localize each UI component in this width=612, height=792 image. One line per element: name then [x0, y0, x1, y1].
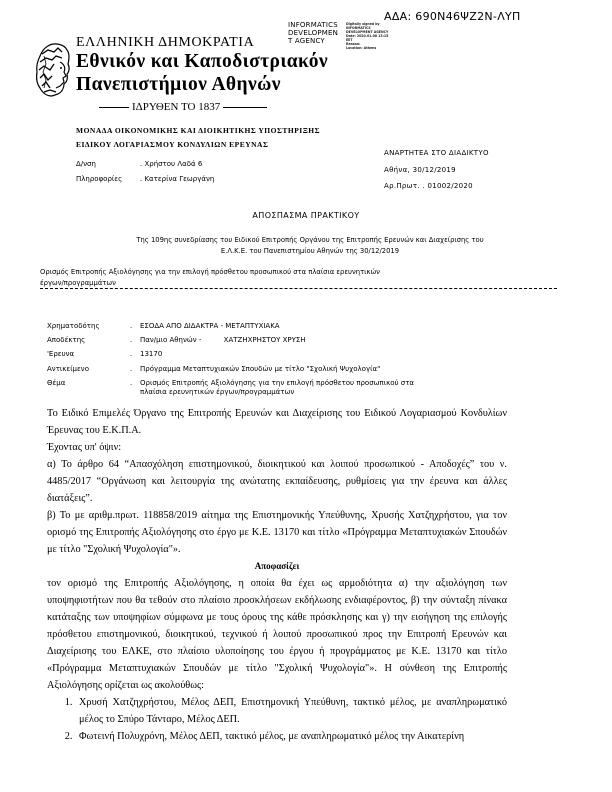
unit-heading: ΜΟΝΑΔΑ ΟΙΚΟΝΟΜΙΚΗΣ ΚΑΙ ΔΙΟΙΚΗΤΙΚΗΣ ΥΠΟΣΤ…	[76, 124, 320, 152]
ada-code: ΑΔΑ: 690Ν46ΨΖ2Ν-ΛΥΠ	[384, 10, 521, 23]
field-row: 'Ερευνα . 13170	[47, 347, 470, 361]
digital-signature-details: Digitally signed by INFORMATICS DEVELOPM…	[346, 22, 388, 50]
field-dot: .	[130, 333, 140, 347]
agency-line: DEVELOPMEN	[288, 29, 338, 37]
intro-paragraph: Το Ειδικό Επιμελές Όργανο της Επιτροπής …	[47, 405, 507, 439]
decides-heading: Αποφασίζει	[47, 558, 507, 575]
field-dot: .	[130, 376, 140, 390]
decision-paragraph: τον ορισμό της Επιτροπής Αξιολόγησης, η …	[47, 575, 507, 694]
contact-row: Πληροφορίες . Κατερίνα Γεωργάνη	[76, 172, 214, 187]
unit-line: ΜΟΝΑΔΑ ΟΙΚΟΝΟΜΙΚΗΣ ΚΑΙ ΔΙΟΙΚΗΤΙΚΗΣ ΥΠΟΣΤ…	[76, 124, 320, 138]
field-dot: .	[130, 319, 140, 333]
field-row: Αποδέκτης . Παν/μιο Αθηνών - ΧΑΤΖΗΧΡΗΣΤΟ…	[47, 333, 470, 347]
field-row: Χρηματοδότης . ΕΣΟΔΑ ΑΠΟ ΔΙΔΑΚΤΡΑ - ΜΕΤΑ…	[47, 319, 470, 333]
subject-line: Ορισμός Επιτροπής Αξιολόγησης για την επ…	[40, 267, 560, 278]
university-name-line2: Πανεπιστήμιον Αθηνών	[76, 74, 281, 96]
session-line: Της 109ης συνεδρίασης του Ειδικού Επιτρο…	[60, 235, 560, 246]
contact-value: . Κατερίνα Γεωργάνη	[140, 172, 214, 187]
divider	[223, 107, 267, 108]
contact-row: Δ/νση . Χρήστου Λαδά 6	[76, 157, 214, 172]
republic-heading: ΕΛΛΗΝΙΚΗ ΔΗΜΟΚΡΑΤΙΑ	[76, 35, 254, 51]
document-date: Αθήνα, 30/12/2019	[384, 162, 489, 179]
dashed-divider	[40, 288, 557, 289]
committee-member: Φωτεινή Πολυχρόνη, Μέλος ΔΕΠ, τακτικό μέ…	[75, 728, 507, 745]
session-line: Ε.Λ.Κ.Ε. του Πανεπιστημίου Αθηνών της 30…	[60, 246, 560, 257]
field-label: 'Ερευνα	[47, 347, 130, 361]
contact-label: Πληροφορίες	[76, 172, 140, 187]
contact-label: Δ/νση	[76, 157, 140, 172]
committee-members-list: Χρυσή Χατζηχρήστου, Μέλος ΔΕΠ, Επιστημον…	[47, 694, 507, 745]
contact-info: Δ/νση . Χρήστου Λαδά 6 Πληροφορίες . Κατ…	[76, 157, 214, 187]
field-label: Θέμα	[47, 376, 130, 390]
field-row: Αντικείμενο . Πρόγραμμα Μεταπτυχιακών Σπ…	[47, 362, 470, 376]
publish-notice: ΑΝΑΡΤΗΤΕΑ ΣΤΟ ΔΙΑΔΙΚΤΥΟ	[384, 145, 489, 162]
committee-member: Χρυσή Χατζηχρήστου, Μέλος ΔΕΠ, Επιστημον…	[75, 694, 507, 728]
agency-line: INFORMATICS	[288, 21, 338, 29]
document-title: ΑΠΟΣΠΑΣΜΑ ΠΡΑΚΤΙΚΟΥ	[0, 211, 612, 220]
document-fields: Χρηματοδότης . ΕΣΟΔΑ ΑΠΟ ΔΙΔΑΚΤΡΑ - ΜΕΤΑ…	[47, 319, 470, 397]
document-meta: ΑΝΑΡΤΗΤΕΑ ΣΤΟ ΔΙΑΔΙΚΤΥΟ Αθήνα, 30/12/201…	[384, 145, 489, 195]
contact-value: . Χρήστου Λαδά 6	[140, 157, 202, 172]
athena-logo-icon	[34, 42, 74, 98]
session-info: Της 109ης συνεδρίασης του Ειδικού Επιτρο…	[60, 235, 560, 257]
field-label: Αποδέκτης	[47, 333, 130, 347]
university-name-line1: Εθνικόν και Καποδιστριακόν	[76, 51, 328, 73]
unit-line: ΕΙΔΙΚΟΥ ΛΟΓΑΡΙΑΣΜΟΥ ΚΟΝΔΥΛΙΩΝ ΕΡΕΥΝΑΣ	[76, 138, 320, 152]
field-value: ΕΣΟΔΑ ΑΠΟ ΔΙΔΑΚΤΡΑ - ΜΕΤΑΠΤΥΧΙΑΚΑ	[140, 319, 470, 333]
field-dot: .	[130, 347, 140, 361]
field-dot: .	[130, 362, 140, 376]
founded-line: ΙΔΡΥΘΕΝ ΤΟ 1837	[96, 101, 270, 113]
divider	[99, 107, 129, 108]
document-body: Το Ειδικό Επιμελές Όργανο της Επιτροπής …	[47, 405, 507, 745]
field-value: Παν/μιο Αθηνών - ΧΑΤΖΗΧΡΗΣΤΟΥ ΧΡΥΣΗ	[140, 333, 470, 347]
signature-agency-name: INFORMATICS DEVELOPMEN T AGENCY	[288, 21, 338, 45]
considering-label: Έχοντας υπ' όψιν:	[47, 439, 507, 456]
protocol-number: Αρ.Πρωτ. . 01002/2020	[384, 178, 489, 195]
field-label: Χρηματοδότης	[47, 319, 130, 333]
field-label: Αντικείμενο	[47, 362, 130, 376]
founded-text: ΙΔΡΥΘΕΝ ΤΟ 1837	[132, 101, 220, 113]
consideration-alpha: α) Το άρθρο 64 “Απασχόληση επιστημονικού…	[47, 456, 507, 507]
subject-heading: Ορισμός Επιτροπής Αξιολόγησης για την επ…	[40, 267, 560, 289]
field-value: Πρόγραμμα Μεταπτυχιακών Σπουδών με τίτλο…	[140, 362, 470, 376]
field-value: 13170	[140, 347, 470, 361]
agency-line: T AGENCY	[288, 37, 338, 45]
signature-line: Location: Athens	[346, 46, 388, 50]
consideration-beta: β) Το με αριθμ.πρωτ. 118858/2019 αίτημα …	[47, 507, 507, 558]
